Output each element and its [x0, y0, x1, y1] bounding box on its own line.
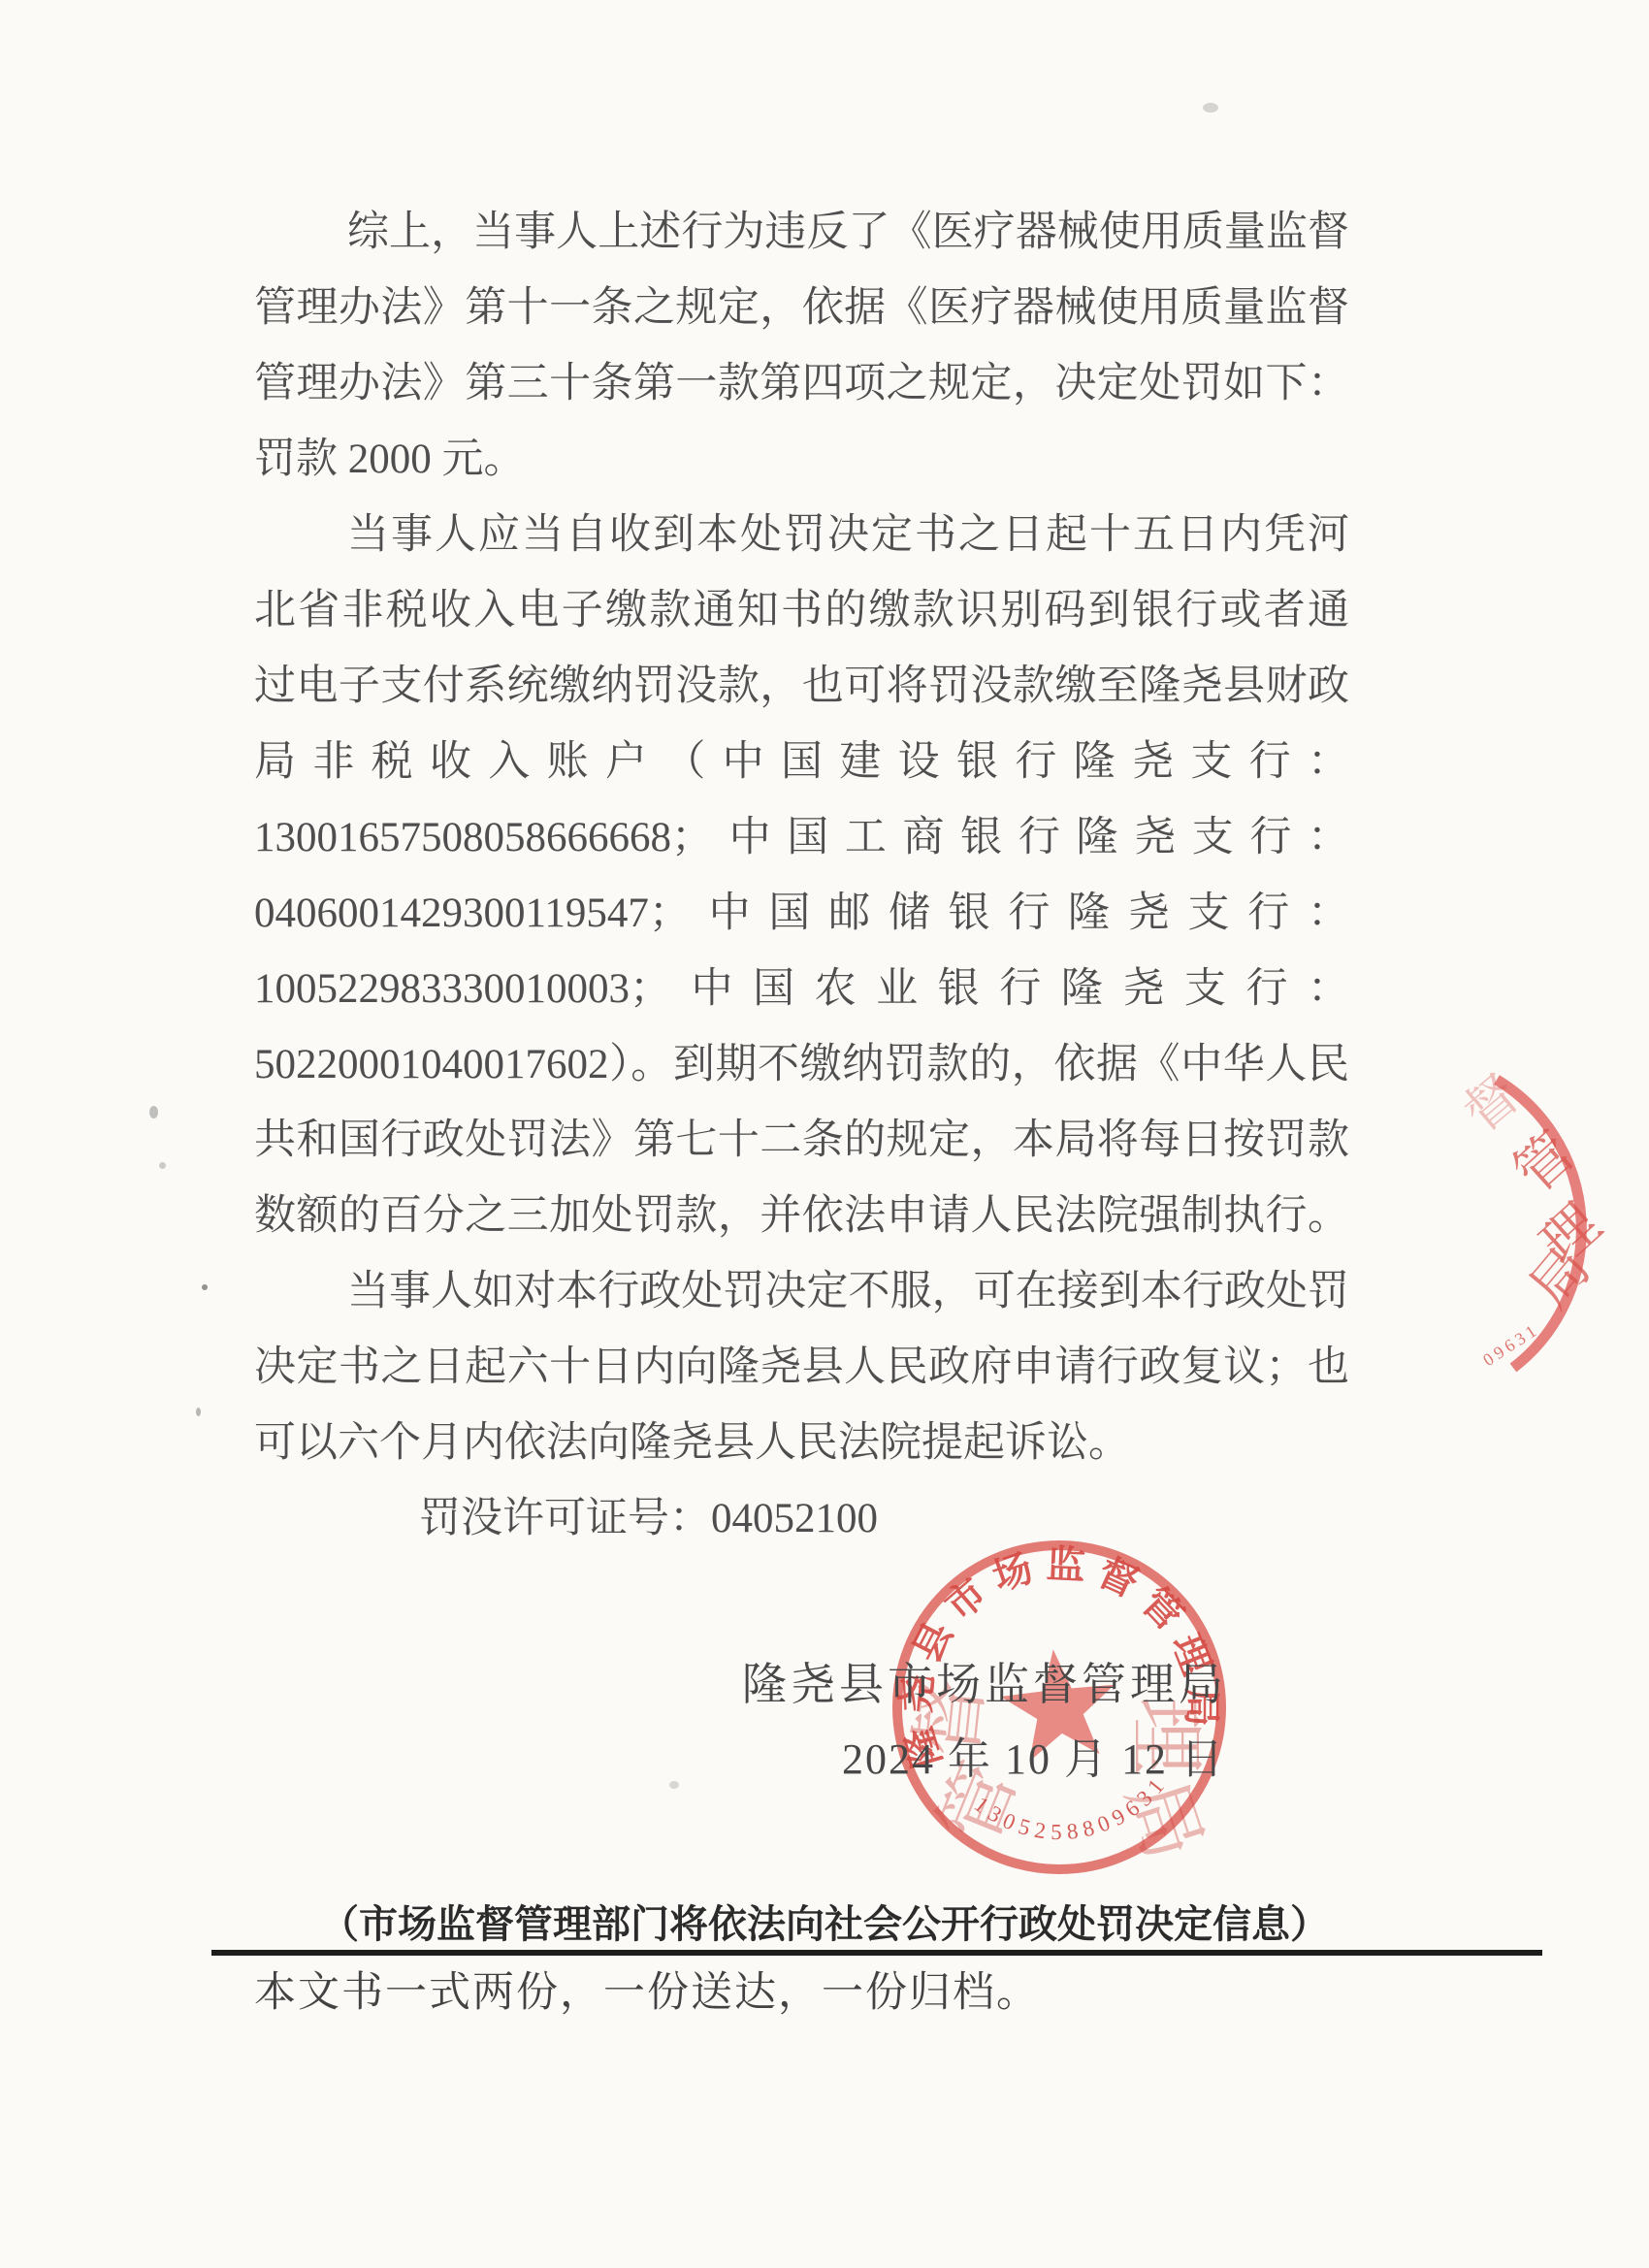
scan-speck — [1203, 103, 1218, 113]
document-line: 决定书之日起六十日内向隆尧县人民政府申请行政复议；也 — [254, 1330, 1349, 1406]
document-line: 罚款 2000 元。 — [254, 422, 1349, 498]
document-line: 100522983330010003；中国农业银行隆尧支行： — [254, 952, 1349, 1027]
partial-seal: 督 管 理 局 09631 — [1346, 980, 1649, 1387]
body-lines: 综上，当事人上述行为违反了《医疗器械使用质量监督管理办法》第十一条之规定，依据《… — [254, 195, 1349, 1557]
scan-speck — [202, 1284, 208, 1290]
document-line: 可以六个月内依法向隆尧县人民法院提起诉讼。 — [254, 1406, 1349, 1481]
copies-note: 本文书一式两份，一份送达，一份归档。 — [254, 1970, 1040, 2017]
document-line: 当事人应当自收到本处罚决定书之日起十五日内凭河 — [254, 498, 1349, 573]
document-line: 过电子支付系统缴纳罚没款，也可将罚没款缴至隆尧县财政 — [254, 649, 1349, 725]
scan-speck — [669, 1781, 679, 1789]
document-line: 当事人如对本行政处罚决定不服，可在接到本行政处罚 — [254, 1254, 1349, 1330]
document-line: 综上，当事人上述行为违反了《医疗器械使用质量监督 — [254, 195, 1349, 271]
scan-speck — [159, 1162, 166, 1169]
document-line: 局非税收入账户（中国建设银行隆尧支行： — [254, 725, 1349, 800]
document-page: 综上，当事人上述行为违反了《医疗器械使用质量监督管理办法》第十一条之规定，依据《… — [0, 0, 1649, 2268]
issuing-agency: 隆尧县市场监督管理局 — [742, 1661, 1227, 1709]
document-line: 共和国行政处罚法》第七十二条的规定，本局将每日按罚款 — [254, 1103, 1349, 1179]
public-disclosure-notice: （市场监督管理部门将依法向社会公开行政处罚决定信息） — [0, 1903, 1649, 1946]
document-line: 管理办法》第三十条第一款第四项之规定，决定处罚如下： — [254, 346, 1349, 422]
document-line: 数额的百分之三加处罚款，并依法申请人民法院强制执行。 — [254, 1179, 1349, 1254]
scan-speck — [149, 1106, 158, 1118]
document-line: 0406001429300119547；中国邮储银行隆尧支行： — [254, 876, 1349, 952]
document-line: 13001657508058666668；中国工商银行隆尧支行： — [254, 800, 1349, 876]
scan-speck — [196, 1408, 201, 1416]
divider-rule — [211, 1950, 1542, 1956]
partial-seal-char: 督 — [1453, 1064, 1531, 1143]
document-line: 北省非税收入电子缴款通知书的缴款识别码到银行或者通 — [254, 573, 1349, 649]
document-line: 50220001040017602）。到期不缴纳罚款的，依据《中华人民 — [254, 1027, 1349, 1103]
decision-date: 2024 年 10 月 12 日 — [842, 1736, 1225, 1783]
document-line: 管理办法》第十一条之规定，依据《医疗器械使用质量监督 — [254, 271, 1349, 346]
